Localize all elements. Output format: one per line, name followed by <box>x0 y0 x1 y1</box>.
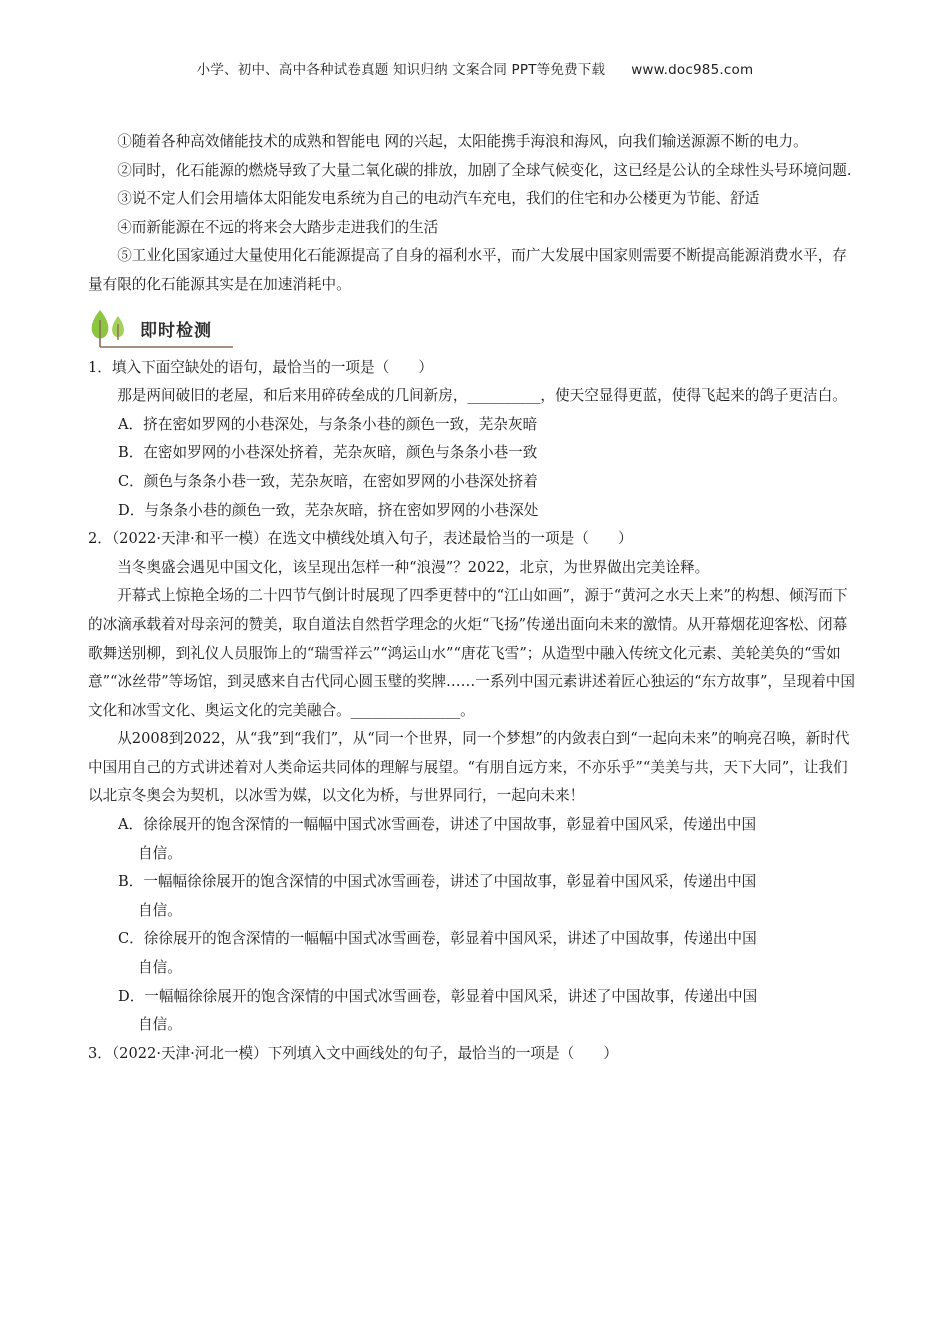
sentence-4: ④而新能源在不远的将来会大踏步走进我们的生活 <box>88 214 860 243</box>
option-d[interactable]: D．一幅幅徐徐展开的饱含深情的中国式冰雪画卷，彰显着中国风采，讲述了中国故事，传… <box>88 983 860 1040</box>
question-stem: 1．填入下面空缺处的语句，最恰当的一项是（ ） <box>88 354 860 383</box>
question-passage: 那是两间破旧的老屋，和后来用碎砖垒成的几间新房，__________，使天空显得… <box>88 382 860 411</box>
option-c[interactable]: C．徐徐展开的饱含深情的一幅幅中国式冰雪画卷，彰显着中国风采，讲述了中国故事，传… <box>88 925 860 982</box>
section-title: 即时检测 <box>140 317 212 346</box>
page-header: 小学、初中、高中各种试卷真题 知识归纳 文案合同 PPT等免费下载www.doc… <box>0 58 950 78</box>
question-3: 3．（2022·天津·河北一模）下列填入文中画线处的句子，最恰当的一项是（ ） <box>88 1040 860 1069</box>
question-stem: 3．（2022·天津·河北一模）下列填入文中画线处的句子，最恰当的一项是（ ） <box>88 1040 860 1069</box>
fill-blank: __________ <box>467 387 540 404</box>
sentence-5: ⑤工业化国家通过大量使用化石能源提高了自身的福利水平，而广大发展中国家则需要不断… <box>88 242 860 299</box>
passage-paragraph-3: 从2008到2022，从“我”到“我们”，从“同一个世界，同一个梦想”的内敛表白… <box>88 725 860 811</box>
question-1: 1．填入下面空缺处的语句，最恰当的一项是（ ） 那是两间破旧的老屋，和后来用碎砖… <box>88 354 860 526</box>
header-url[interactable]: www.doc985.com <box>631 62 753 78</box>
document-body: ①随着各种高效储能技术的成熟和智能电 网的兴起，太阳能携手海浪和海风，向我们输送… <box>88 128 860 1068</box>
option-a[interactable]: A．徐徐展开的饱含深情的一幅幅中国式冰雪画卷，讲述了中国故事，彰显着中国风采，传… <box>88 811 860 868</box>
sentence-2: ②同时，化石能源的燃烧导致了大量二氧化碳的排放，加剧了全球气候变化，这已经是公认… <box>88 157 860 186</box>
option-b[interactable]: B．一幅幅徐徐展开的饱含深情的中国式冰雪画卷，讲述了中国故事，彰显着中国风采，传… <box>88 868 860 925</box>
option-c[interactable]: C．颜色与条条小巷一致，芜杂灰暗，在密如罗网的小巷深处挤着 <box>88 468 860 497</box>
header-text: 小学、初中、高中各种试卷真题 知识归纳 文案合同 PPT等免费下载 <box>197 62 606 78</box>
question-stem: 2．（2022·天津·和平一模）在选文中横线处填入句子，表述最恰当的一项是（ ） <box>88 525 860 554</box>
option-d[interactable]: D．与条条小巷的颜色一致，芜杂灰暗，挤在密如罗网的小巷深处 <box>88 497 860 526</box>
sentence-3: ③说不定人们会用墙体太阳能发电系统为自己的电动汽车充电，我们的住宅和办公楼更为节… <box>88 185 860 214</box>
passage-paragraph-1: 当冬奥盛会遇见中国文化，该呈现出怎样一种“浪漫”？2022，北京，为世界做出完美… <box>88 554 860 583</box>
option-b[interactable]: B．在密如罗网的小巷深处挤着，芜杂灰暗，颜色与条条小巷一致 <box>88 439 860 468</box>
question-2: 2．（2022·天津·和平一模）在选文中横线处填入句子，表述最恰当的一项是（ ）… <box>88 525 860 1040</box>
fill-blank: _______________ <box>351 702 460 719</box>
intro-sentences: ①随着各种高效储能技术的成熟和智能电 网的兴起，太阳能携手海浪和海风，向我们输送… <box>88 128 860 300</box>
option-a[interactable]: A．挤在密如罗网的小巷深处，与条条小巷的颜色一致，芜杂灰暗 <box>88 411 860 440</box>
passage-paragraph-2: 开幕式上惊艳全场的二十四节气倒计时展现了四季更替中的“江山如画”，源于“黄河之水… <box>88 582 860 725</box>
sentence-1: ①随着各种高效储能技术的成熟和智能电 网的兴起，太阳能携手海浪和海风，向我们输送… <box>88 128 860 157</box>
section-heading: 即时检测 <box>88 306 860 352</box>
